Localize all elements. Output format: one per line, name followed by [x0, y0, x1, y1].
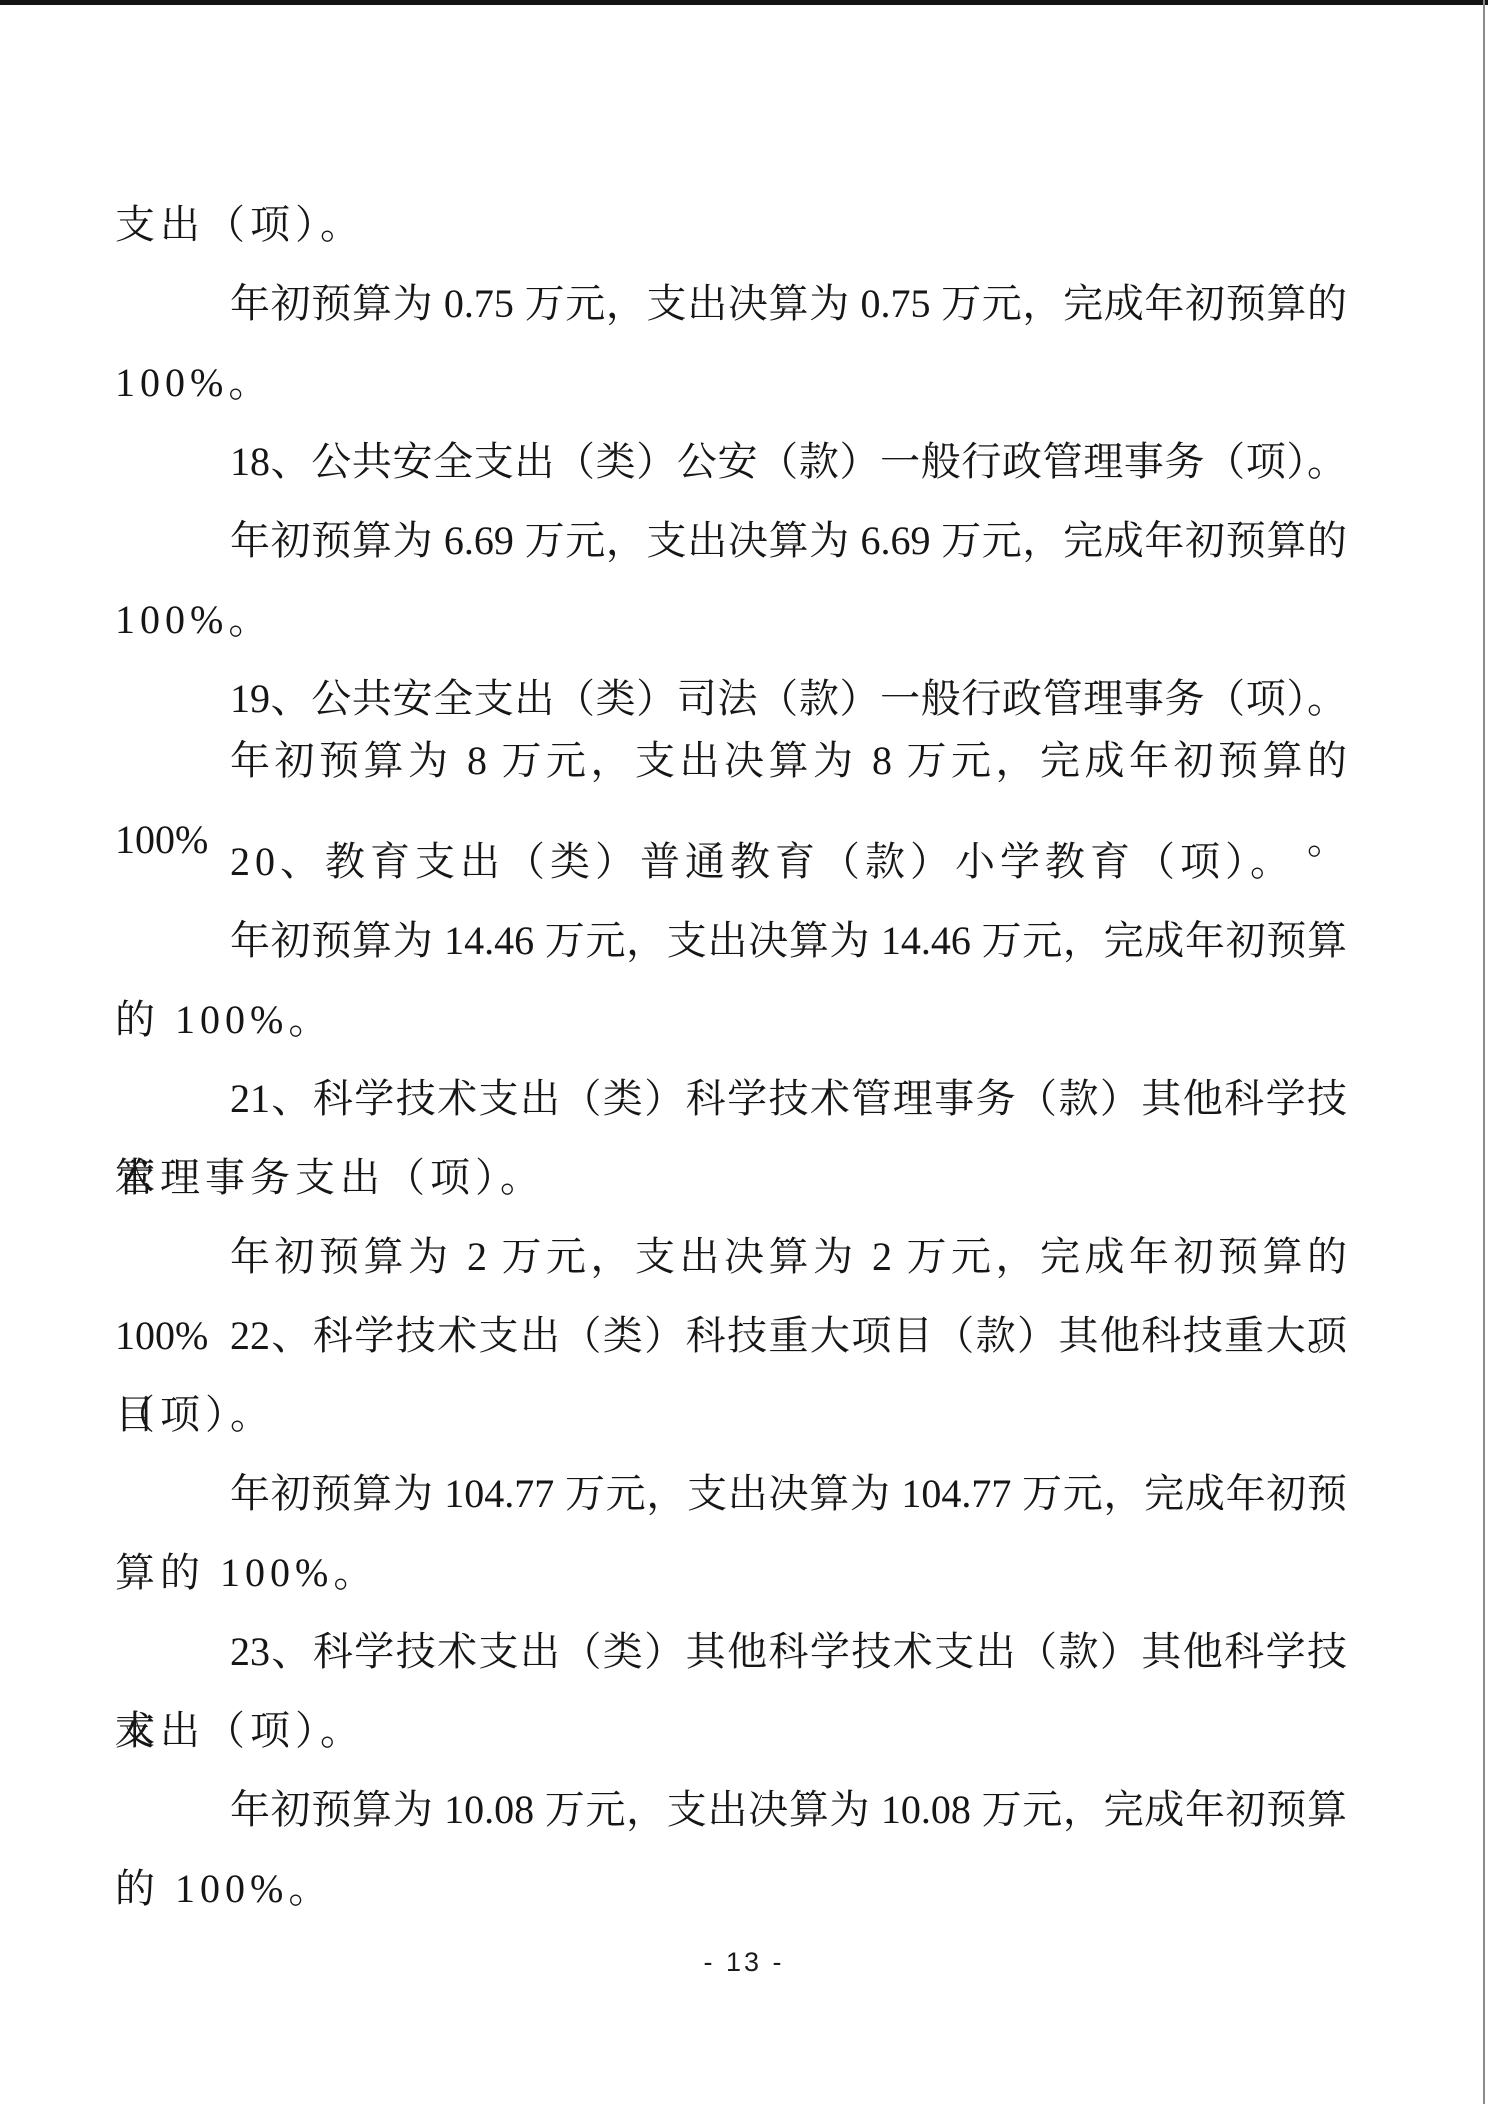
doc-line: 年初预算为 2 万元，支出决算为 2 万元，完成年初预算的 100%。 — [115, 1217, 1347, 1296]
document-content: 支出（项）。 年初预算为 0.75 万元，支出决算为 0.75 万元，完成年初预… — [115, 185, 1347, 1928]
doc-line: 22、科学技术支出（类）科技重大项目（款）其他科技重大项目 — [115, 1296, 1347, 1375]
page-number: - 13 - — [0, 1947, 1488, 1978]
doc-line: 100%。 — [115, 580, 1347, 659]
doc-line: 21、科学技术支出（类）科学技术管理事务（款）其他科学技术 — [115, 1059, 1347, 1138]
doc-line: （项）。 — [115, 1375, 1347, 1454]
doc-line: 年初预算为 0.75 万元，支出决算为 0.75 万元，完成年初预算的 — [115, 264, 1347, 343]
doc-line: 年初预算为 14.46 万元，支出决算为 14.46 万元，完成年初预算 — [115, 901, 1347, 980]
doc-line: 年初预算为 104.77 万元，支出决算为 104.77 万元，完成年初预 — [115, 1454, 1347, 1533]
scan-top-edge-line — [0, 0, 1488, 5]
doc-line: 算的 100%。 — [115, 1533, 1347, 1612]
doc-line: 年初预算为 6.69 万元，支出决算为 6.69 万元，完成年初预算的 — [115, 501, 1347, 580]
doc-line: 的 100%。 — [115, 1849, 1347, 1928]
doc-line: 年初预算为 10.08 万元，支出决算为 10.08 万元，完成年初预算 — [115, 1770, 1347, 1849]
scan-right-edge-line — [1483, 0, 1485, 2104]
doc-line: 支出（项）。 — [115, 185, 1347, 264]
doc-line: 的 100%。 — [115, 980, 1347, 1059]
doc-line: 20、教育支出（类）普通教育（款）小学教育（项）。 — [115, 822, 1347, 901]
doc-line: 100%。 — [115, 343, 1347, 422]
doc-line: 年初预算为 8 万元，支出决算为 8 万元，完成年初预算的 100%。 — [115, 721, 1347, 800]
doc-line: 支出（项）。 — [115, 1691, 1347, 1770]
doc-line: 23、科学技术支出（类）其他科学技术支出（款）其他科学技术 — [115, 1612, 1347, 1691]
doc-line: 管理事务支出（项）。 — [115, 1138, 1347, 1217]
doc-line: 18、公共安全支出（类）公安（款）一般行政管理事务（项）。 — [115, 422, 1347, 501]
document-page: 支出（项）。 年初预算为 0.75 万元，支出决算为 0.75 万元，完成年初预… — [0, 0, 1488, 2104]
